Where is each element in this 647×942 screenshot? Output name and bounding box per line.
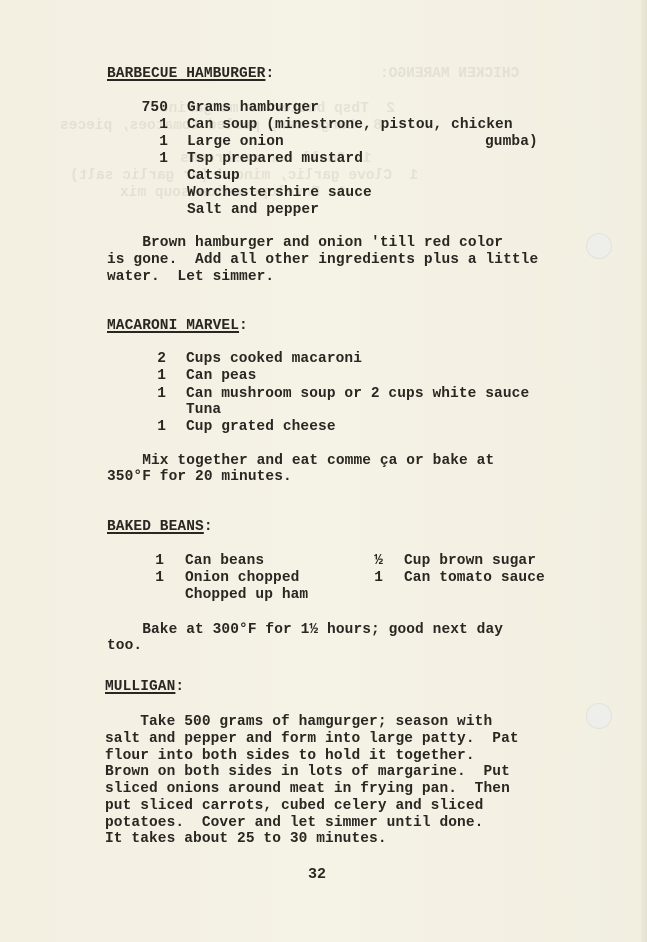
direction-line: potatoes. Cover and let simmer until don… [105, 815, 483, 832]
page-edge [641, 0, 647, 942]
recipe-title-macaroni-marvel: MACARONI MARVEL: [107, 318, 248, 335]
direction-line: is gone. Add all other ingredients plus … [107, 252, 538, 269]
direction-line: Bake at 300°F for 1½ hours; good next da… [107, 622, 503, 639]
bleedthrough-text: CHICKEN MARENGO: [380, 66, 519, 83]
page-number: 32 [308, 866, 326, 883]
punch-hole [586, 703, 612, 729]
direction-line: water. Let simmer. [107, 269, 274, 286]
recipe-title-barbecue-hamburger: BARBECUE HAMBURGER: [107, 66, 274, 83]
direction-line: Brown on both sides in lots of margarine… [105, 764, 510, 781]
direction-line: sliced onions around meat in frying pan.… [105, 781, 510, 798]
bleedthrough-text: 1 Clove garlic, minced (or garlic salt) [70, 168, 418, 185]
direction-line: flour into both sides to hold it togethe… [105, 748, 475, 765]
direction-line: too. [107, 638, 142, 655]
punch-hole [586, 233, 612, 259]
direction-line: It takes about 25 to 30 minutes. [105, 831, 387, 848]
direction-line: put sliced carrots, cubed celery and sli… [105, 798, 483, 815]
direction-line: Take 500 grams of hamgurger; season with [105, 714, 492, 731]
direction-line: salt and pepper and form into large patt… [105, 731, 519, 748]
direction-line: 350°F for 20 minutes. [107, 469, 292, 486]
recipe-title-mulligan: MULLIGAN: [105, 679, 184, 696]
recipe-title-baked-beans: BAKED BEANS: [107, 519, 213, 536]
direction-line: Brown hamburger and onion 'till red colo… [107, 235, 503, 252]
direction-line: Mix together and eat comme ça or bake at [107, 453, 494, 470]
